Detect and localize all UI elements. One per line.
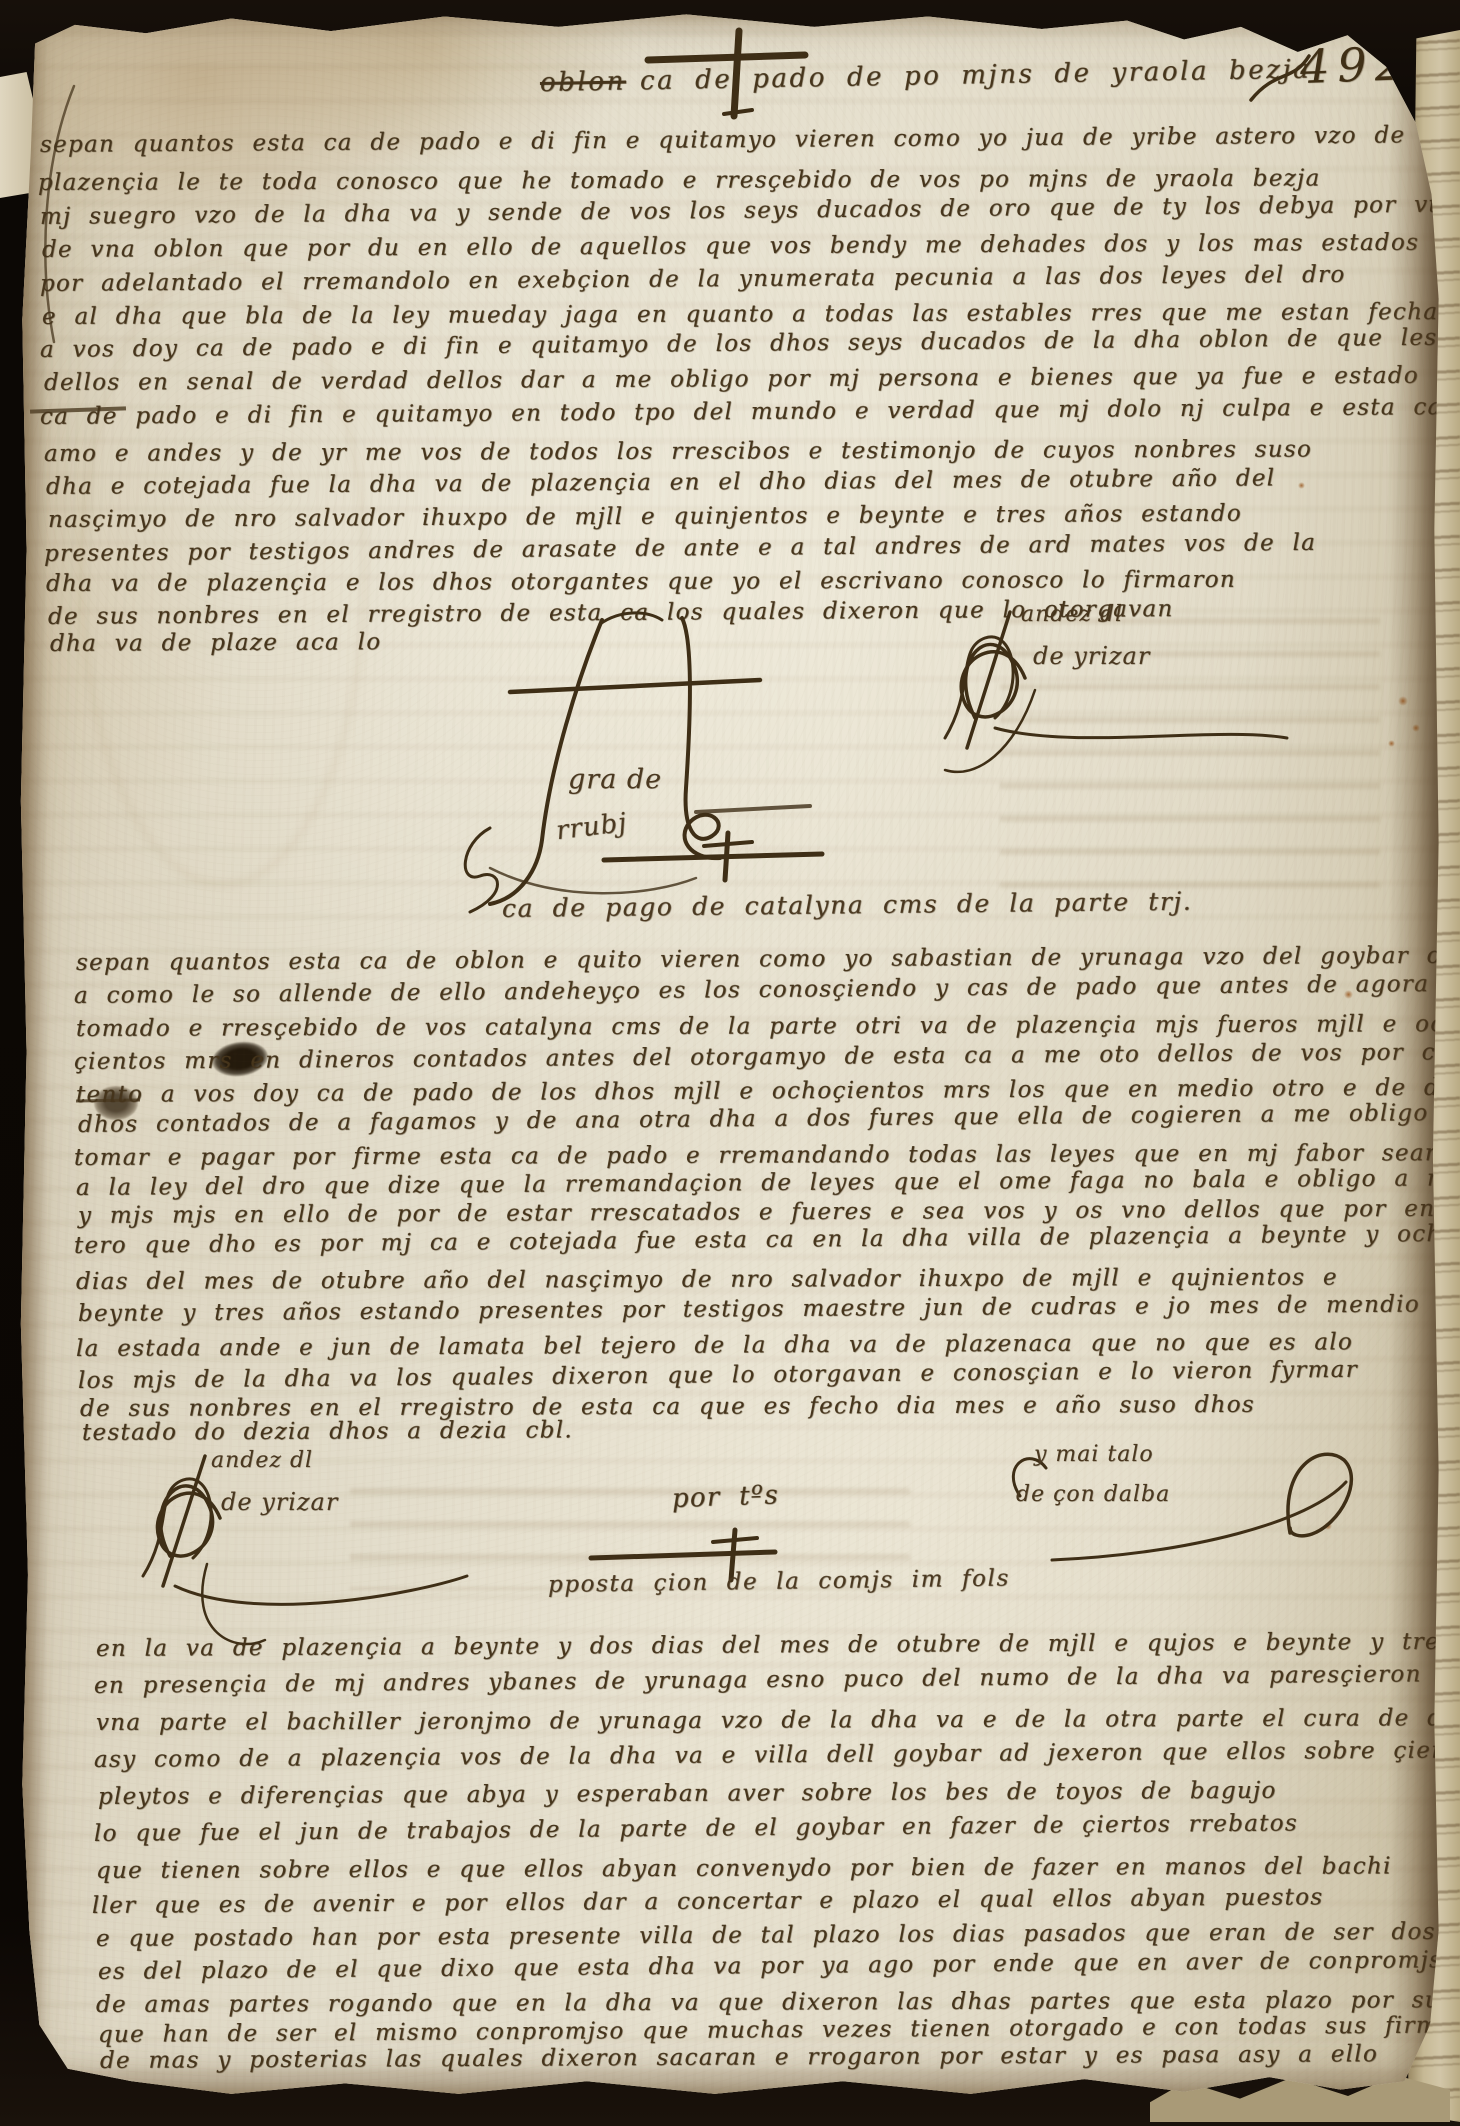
- manuscript-line: pleytos e diferençias que abya y esperab…: [98, 1778, 1277, 1812]
- manuscript-line: sepan quantos esta ca de pado e di fin e…: [40, 122, 1460, 160]
- struck-header-word: oblon: [540, 67, 627, 98]
- manuscript-line: es del plazo de el que dixo que esta dha…: [98, 1947, 1458, 1986]
- manuscript-line: plazençia le te toda conosco que he toma…: [38, 166, 1321, 198]
- manuscript-line: ller que es de avenir e por ellos dar a …: [92, 1884, 1324, 1920]
- signature-right-2: y mai talo de çon dalba: [990, 1438, 1460, 1568]
- signature-flourish-icon: [915, 598, 1315, 798]
- foxing-spot: [1398, 696, 1408, 706]
- signature-name: de yrizar: [1033, 644, 1150, 668]
- manuscript-line: amo e andes y de yr me vos de todos los …: [44, 437, 1312, 469]
- folio-number: 492: [1299, 40, 1412, 90]
- cross-icon: [600, 830, 830, 886]
- payment-section-cross: [600, 830, 830, 886]
- foxing-spot: [1298, 482, 1305, 489]
- signature-name: gra de: [568, 766, 662, 793]
- foxing-spot: [1388, 740, 1395, 747]
- signature-name: andez dl: [1021, 604, 1123, 626]
- manuscript-line: que tienen sobre ellos e que ellos abyan…: [96, 1853, 1392, 1885]
- signature-name: de çon dalba: [1016, 1484, 1170, 1506]
- manuscript-line: mj suegro vzo de la dha va y sende de vo…: [40, 192, 1460, 232]
- manuscript-line: nasçimyo de nro salvador ihuxpo de mjll …: [48, 501, 1242, 535]
- manuscript-line: lo que fue el jun de trabajos de la part…: [94, 1810, 1298, 1848]
- signature-name: de yrizar: [221, 1490, 338, 1514]
- manuscript-line: asy como de a plazençia vos de la dha va…: [94, 1737, 1460, 1774]
- signature-flourish-icon: [115, 1446, 475, 1656]
- section-heading: ca de pago de catalyna cms de la parte t…: [502, 887, 1193, 924]
- manuscript-scan: oblonca de pado de po mjns de yraola bez…: [0, 0, 1460, 2126]
- folio-swash: [1245, 50, 1315, 105]
- manuscript-line: de vna oblon que por du en ello de aquel…: [42, 230, 1419, 265]
- manuscript-line: dha va de plaze aca lo: [50, 629, 382, 658]
- manuscript-line: tomado e rresçebido de vos catalyna cms …: [76, 1011, 1460, 1043]
- signature-name: y mai talo: [1034, 1444, 1154, 1466]
- section-heading: pposta çion de la comjs im fols: [548, 1566, 1010, 1600]
- witness-label: por tºs: [671, 1480, 779, 1515]
- manuscript-line: testado do dezia dhos a dezia cbl.: [82, 1417, 573, 1447]
- signature-name: andez dl: [211, 1450, 313, 1472]
- manuscript-page: oblonca de pado de po mjns de yraola bez…: [18, 6, 1440, 2098]
- manuscript-line: en presençia de mj andres ybanes de yrun…: [94, 1659, 1460, 1700]
- manuscript-line: beynte y tres años estando presentes por…: [78, 1292, 1420, 1329]
- manuscript-line: de mas y posterias las quales dixeron sa…: [100, 2041, 1378, 2075]
- manuscript-line: dha va de plazençia e los dhos otorgante…: [46, 567, 1236, 599]
- foxing-spot: [1412, 724, 1420, 732]
- manuscript-line: çientos mrs en dineros contados antes de…: [74, 1039, 1460, 1076]
- flourish-icon: [1245, 50, 1315, 105]
- signature-left: andez dl de yrizar: [115, 1446, 475, 1656]
- signature-right: andez dl de yrizar: [915, 598, 1315, 798]
- manuscript-line: vna parte el bachiller jeronjmo de yruna…: [96, 1705, 1460, 1738]
- manuscript-line: dias del mes de otubre año del nasçimyo …: [76, 1265, 1338, 1297]
- manuscript-line: dellos en senal de verdad dellos dar a m…: [44, 363, 1419, 398]
- manuscript-line: los mjs de la dha va los quales dixeron …: [78, 1357, 1358, 1396]
